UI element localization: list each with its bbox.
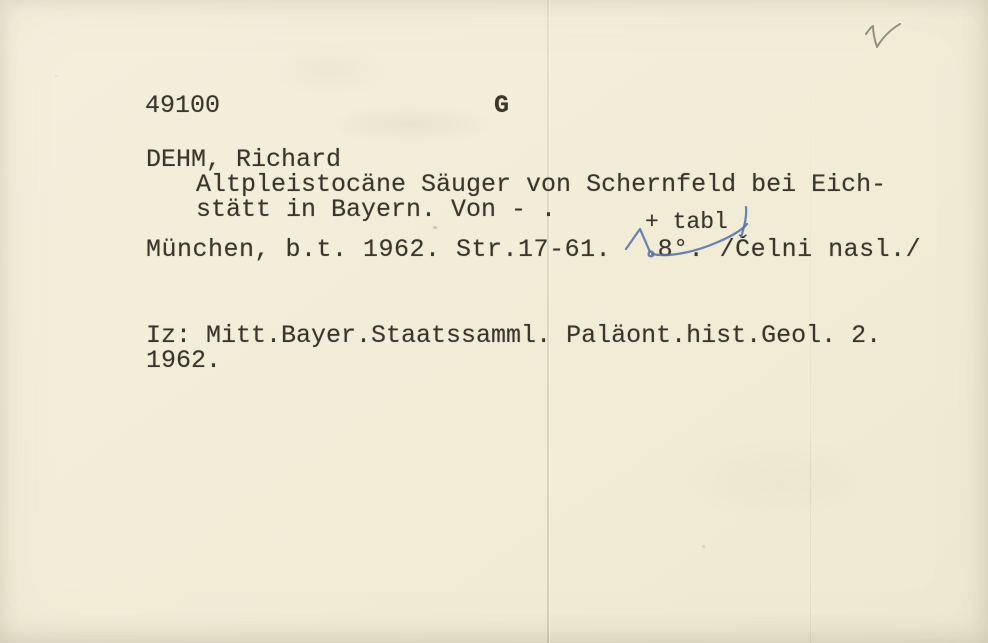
accession-number: 49100 (145, 93, 220, 118)
source-line-1: Iz: Mitt.Bayer.Staatssamml. Paläont.hist… (146, 323, 881, 348)
inserted-text: + tabl (645, 211, 728, 234)
pencil-checkmark-icon (866, 24, 900, 47)
insertion-tick-icon (741, 207, 746, 237)
title-line-2: stätt in Bayern. Von - . (196, 197, 556, 222)
paper-speck (702, 545, 705, 548)
paper-speck (55, 75, 58, 77)
classification-letter: G (494, 93, 509, 118)
catalog-card: 49100 G DEHM, Richard Altpleistocäne Säu… (0, 0, 988, 643)
title-line-1: Altpleistocäne Säuger von Schernfeld bei… (196, 172, 886, 197)
paper-speck (433, 226, 437, 229)
imprint-line: München, b.t. 1962. Str.17-61. 8°. /Čeln… (146, 237, 921, 262)
source-line-2: 1962. (146, 348, 221, 373)
author-line: DEHM, Richard (146, 147, 341, 172)
